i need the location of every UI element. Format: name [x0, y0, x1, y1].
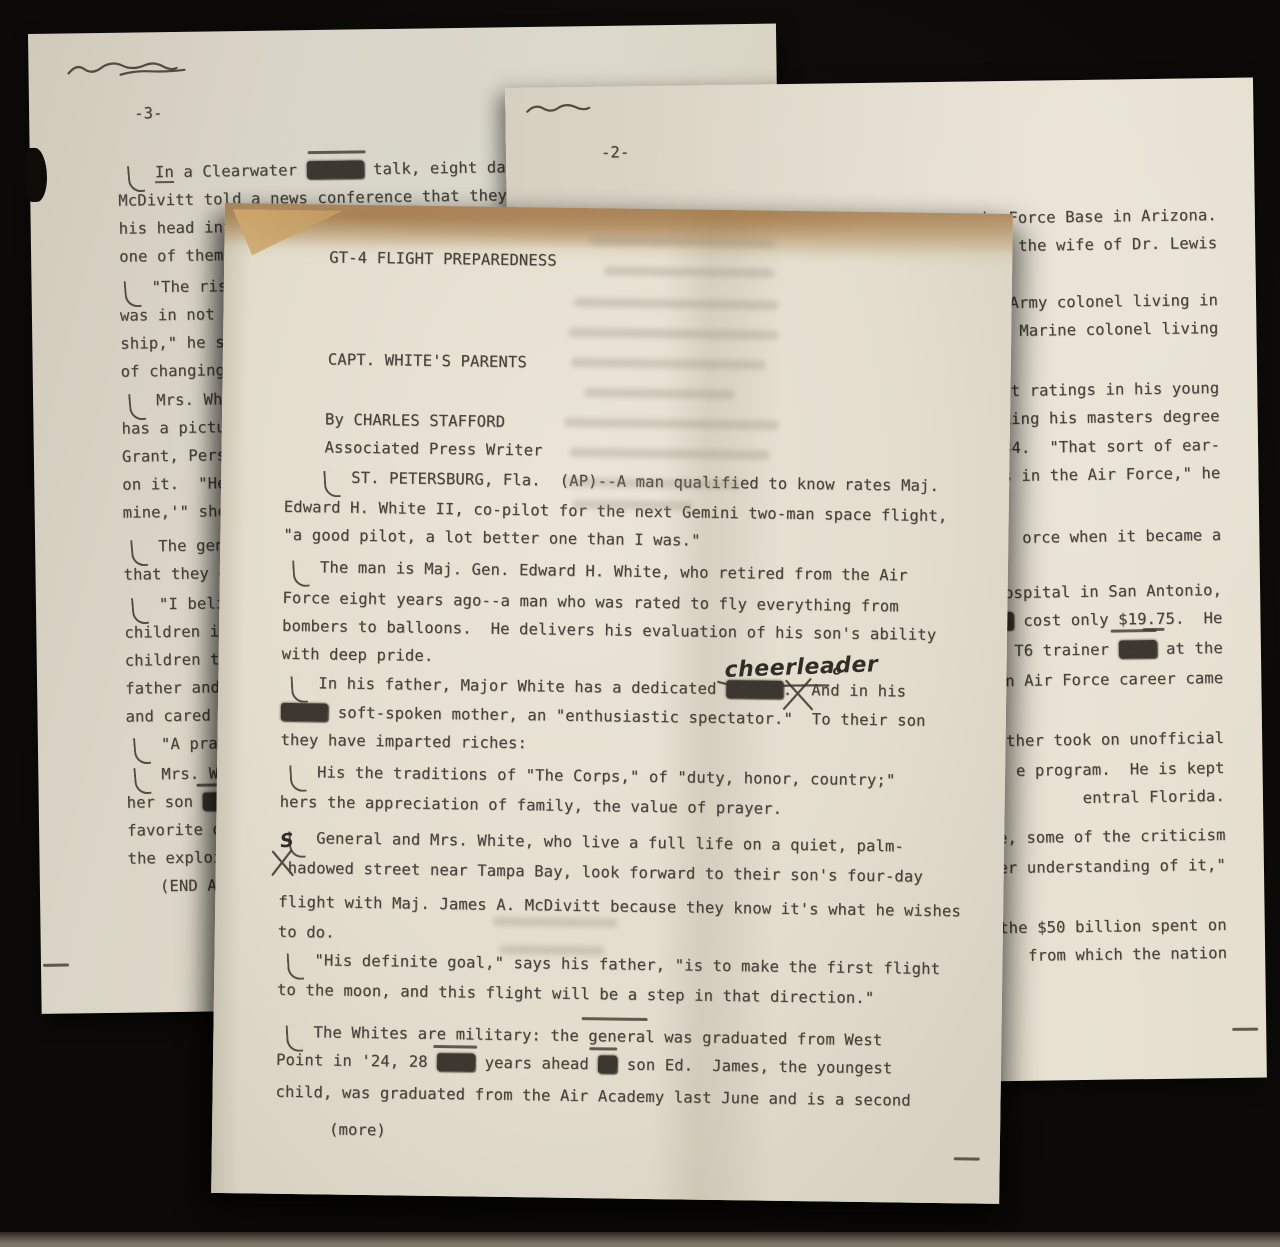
typewritten-line: one of them: [119, 244, 233, 268]
typewritten-line: e program. He is kept: [1016, 757, 1225, 782]
typewritten-line: Grant, Persh: [122, 444, 236, 468]
struck-out-word: wwww: [1118, 640, 1156, 659]
typewritten-line: e, some of the criticism: [998, 824, 1226, 849]
typewritten-line: they have imparted riches:: [280, 729, 527, 754]
typewritten-line: with deep pride.: [282, 643, 434, 667]
typewritten-line: wwwww soft-spoken mother, an "enthusiast…: [281, 701, 926, 732]
typewritten-line: l Army colonel living in: [990, 289, 1218, 314]
typewritten-line: "His definite goal," says his father, "i…: [314, 949, 940, 980]
show-through-text: [573, 500, 693, 511]
typewritten-line: hers the appreciation of family, the val…: [279, 791, 782, 820]
show-through-text: [604, 266, 774, 277]
front-page: GT-4 FLIGHT PREPAREDNESS CAPT. WHITE'S P…: [211, 203, 1013, 1204]
pen-mark: [582, 1017, 648, 1021]
typewritten-line: General and Mrs. White, who live a full …: [316, 827, 904, 857]
typewritten-line: "a good pilot, a lot better one than I w…: [283, 524, 700, 552]
typewritten-line: flight with Maj. James A. McDivitt becau…: [278, 891, 961, 923]
typewritten-line: -3-: [134, 102, 163, 124]
typewritten-line: ir Force Base in Arizona.: [980, 204, 1217, 229]
typewritten-line: ospital in San Antonio,: [1004, 579, 1222, 604]
typewritten-line: In a Clearwater wwwwww talk, eight days: [155, 156, 525, 183]
typewritten-line: d Marine colonel living: [1000, 317, 1218, 342]
show-through-text: [571, 358, 766, 370]
typewritten-line: king his masters degree: [1001, 405, 1219, 430]
photo-of-typed-press-pages: -3-In a Clearwater wwwwww talk, eight da…: [0, 0, 1280, 1247]
typewritten-line: orce when it became a: [1022, 524, 1221, 549]
show-through-text: [589, 236, 774, 248]
typewritten-line: (more): [329, 1119, 386, 1142]
handwritten-annotation: o: [832, 664, 842, 679]
typewritten-line: from which the nation: [1028, 942, 1227, 967]
show-through-text: [574, 298, 779, 310]
typewritten-line: His the traditions of "The Corps," of "d…: [317, 761, 896, 791]
struck-out-word: wwwwww: [726, 680, 783, 699]
pen-mark: [1111, 629, 1157, 633]
show-through-text: [584, 388, 734, 399]
typewritten-line: mine,'" she: [123, 500, 228, 523]
show-through-text: [568, 328, 778, 340]
typewritten-line: tter understanding of it,": [979, 854, 1226, 879]
front-page-text: ST. PETERSBURG, Fla. (AP)--A man qualifi…: [211, 203, 1013, 1204]
pen-mark: [43, 964, 69, 967]
typewritten-line: ww cost only $19.75. He: [995, 607, 1223, 632]
show-through-text: [564, 418, 779, 430]
typewritten-line: to do.: [278, 921, 335, 944]
typewritten-line: s in the Air Force," he: [1002, 462, 1220, 487]
show-through-text: [569, 448, 769, 460]
typewritten-line: The man is Maj. Gen. Edward H. White, wh…: [320, 556, 908, 586]
typewritten-line: Force eight years ago--a man who was rat…: [282, 587, 899, 618]
typewritten-line: the $50 billion spent on: [999, 914, 1227, 939]
typewritten-line: bombers to balloons. He delivers his eva…: [282, 615, 936, 646]
typewritten-line: hadowed street near Tampa Bay, look forw…: [288, 857, 924, 888]
typewritten-line: -2-: [601, 141, 630, 163]
pen-mark: [308, 150, 366, 154]
pen-mark: [954, 1157, 980, 1160]
typewritten-line: ther took on unofficial: [1006, 727, 1224, 752]
typewritten-line: 934. "That sort of ear-: [992, 434, 1220, 459]
typewritten-line: entral Florida.: [1083, 785, 1226, 809]
show-through-text: [493, 917, 618, 928]
struck-out-word: wwwwww: [307, 160, 364, 179]
typewritten-line: lot ratings in his young: [992, 377, 1220, 402]
table-surface-edge: [0, 1232, 1280, 1247]
typewritten-line: on it. "He: [122, 472, 227, 495]
struck-out-word: wwww: [437, 1053, 475, 1072]
typewritten-line: n Air Force career came: [1005, 667, 1223, 692]
struck-out-word: ww: [598, 1055, 617, 1073]
typewritten-line: to the moon, and this flight will be a s…: [277, 979, 875, 1009]
handwritten-annotation: S: [279, 829, 295, 852]
typewritten-line: child, was graduated from the Air Academ…: [275, 1081, 911, 1112]
pen-mark: [1232, 1028, 1258, 1031]
typewritten-line: Mrs. Whi: [156, 388, 232, 411]
typewritten-line: d T6 trainer wwww at the: [995, 637, 1223, 662]
pen-mark: [589, 1047, 617, 1050]
show-through-text: [500, 945, 605, 955]
handwritten-annotation: cheerleader: [724, 652, 879, 683]
typewritten-line: Point in '24, 28 wwww years ahead ww son…: [276, 1049, 893, 1080]
pen-mark: [433, 1045, 477, 1049]
struck-out-word: wwwww: [281, 703, 329, 722]
typewritten-line: children if: [124, 620, 229, 643]
typewritten-line: has a pictur: [121, 416, 235, 440]
typewritten-line: -is the wife of Dr. Lewis: [980, 232, 1217, 257]
